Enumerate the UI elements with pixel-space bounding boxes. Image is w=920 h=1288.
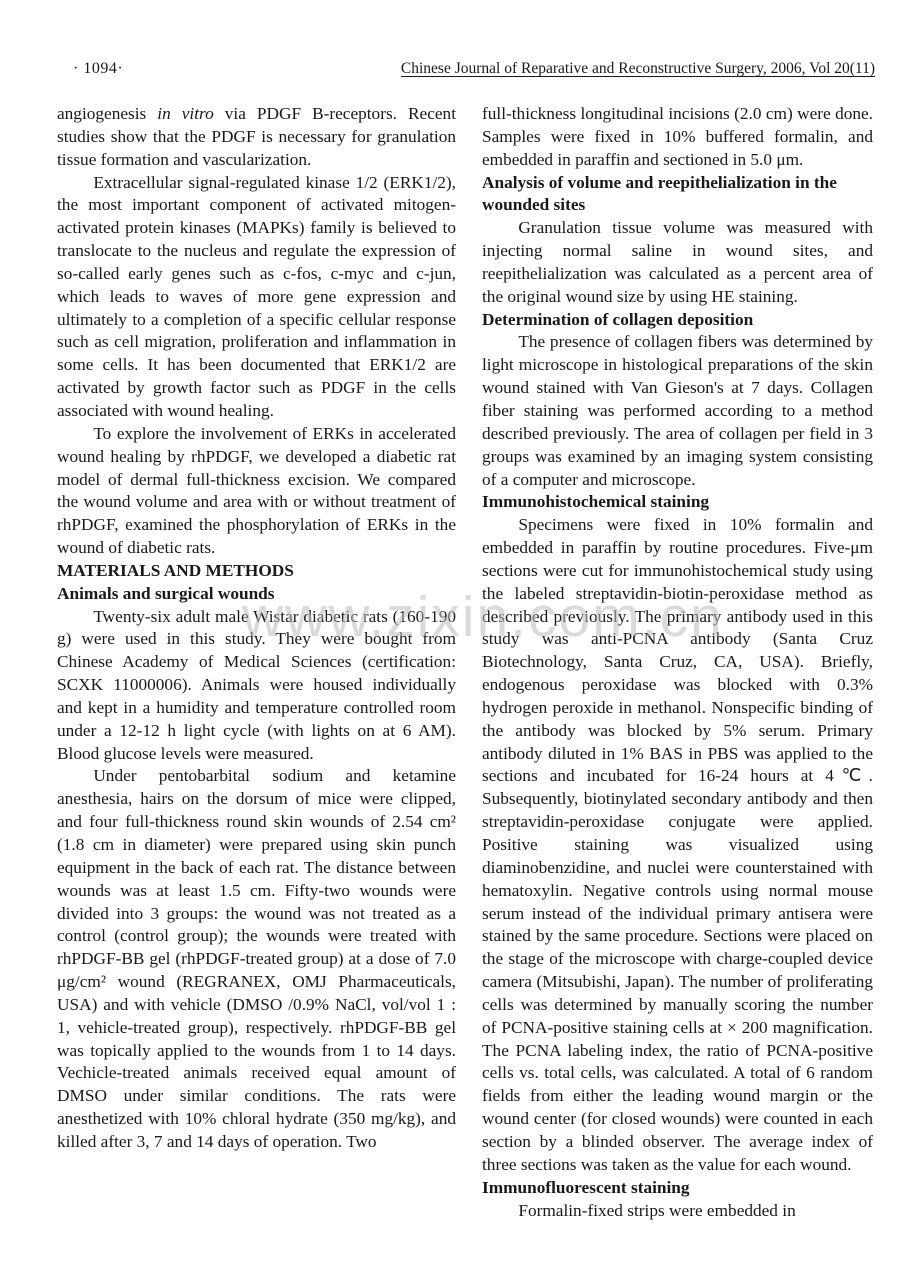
paragraph: Specimens were fixed in 10% formalin and… (482, 514, 873, 1176)
paragraph: Under pentobarbital sodium and ketamine … (57, 765, 456, 1153)
paragraph: Twenty-six adult male Wistar diabetic ra… (57, 606, 456, 766)
paragraph: The presence of collagen fibers was dete… (482, 331, 873, 491)
journal-title: Chinese Journal of Reparative and Recons… (401, 60, 875, 78)
section-heading: Immunofluorescent staining (482, 1177, 873, 1200)
page-number: · 1094· (73, 60, 123, 78)
paragraph: Formalin-fixed strips were embedded in (482, 1200, 873, 1223)
paragraph: angiogenesis in vitro via PDGF B-recepto… (57, 103, 456, 172)
section-heading: Determination of collagen deposition (482, 309, 873, 332)
paragraph: To explore the involvement of ERKs in ac… (57, 423, 456, 560)
section-heading: Analysis of volume and reepithelializati… (482, 172, 873, 218)
section-heading: Animals and surgical wounds (57, 583, 456, 606)
paragraph: Granulation tissue volume was measured w… (482, 217, 873, 308)
journal-page: · 1094· Chinese Journal of Reparative an… (0, 0, 920, 1288)
paragraph: Extracellular signal-regulated kinase 1/… (57, 172, 456, 423)
left-column: angiogenesis in vitro via PDGF B-recepto… (57, 103, 456, 1154)
paragraph: full-thickness longitudinal incisions (2… (482, 103, 873, 172)
right-column: full-thickness longitudinal incisions (2… (482, 103, 873, 1222)
section-heading: MATERIALS AND METHODS (57, 560, 456, 583)
section-heading: Immunohistochemical staining (482, 491, 873, 514)
